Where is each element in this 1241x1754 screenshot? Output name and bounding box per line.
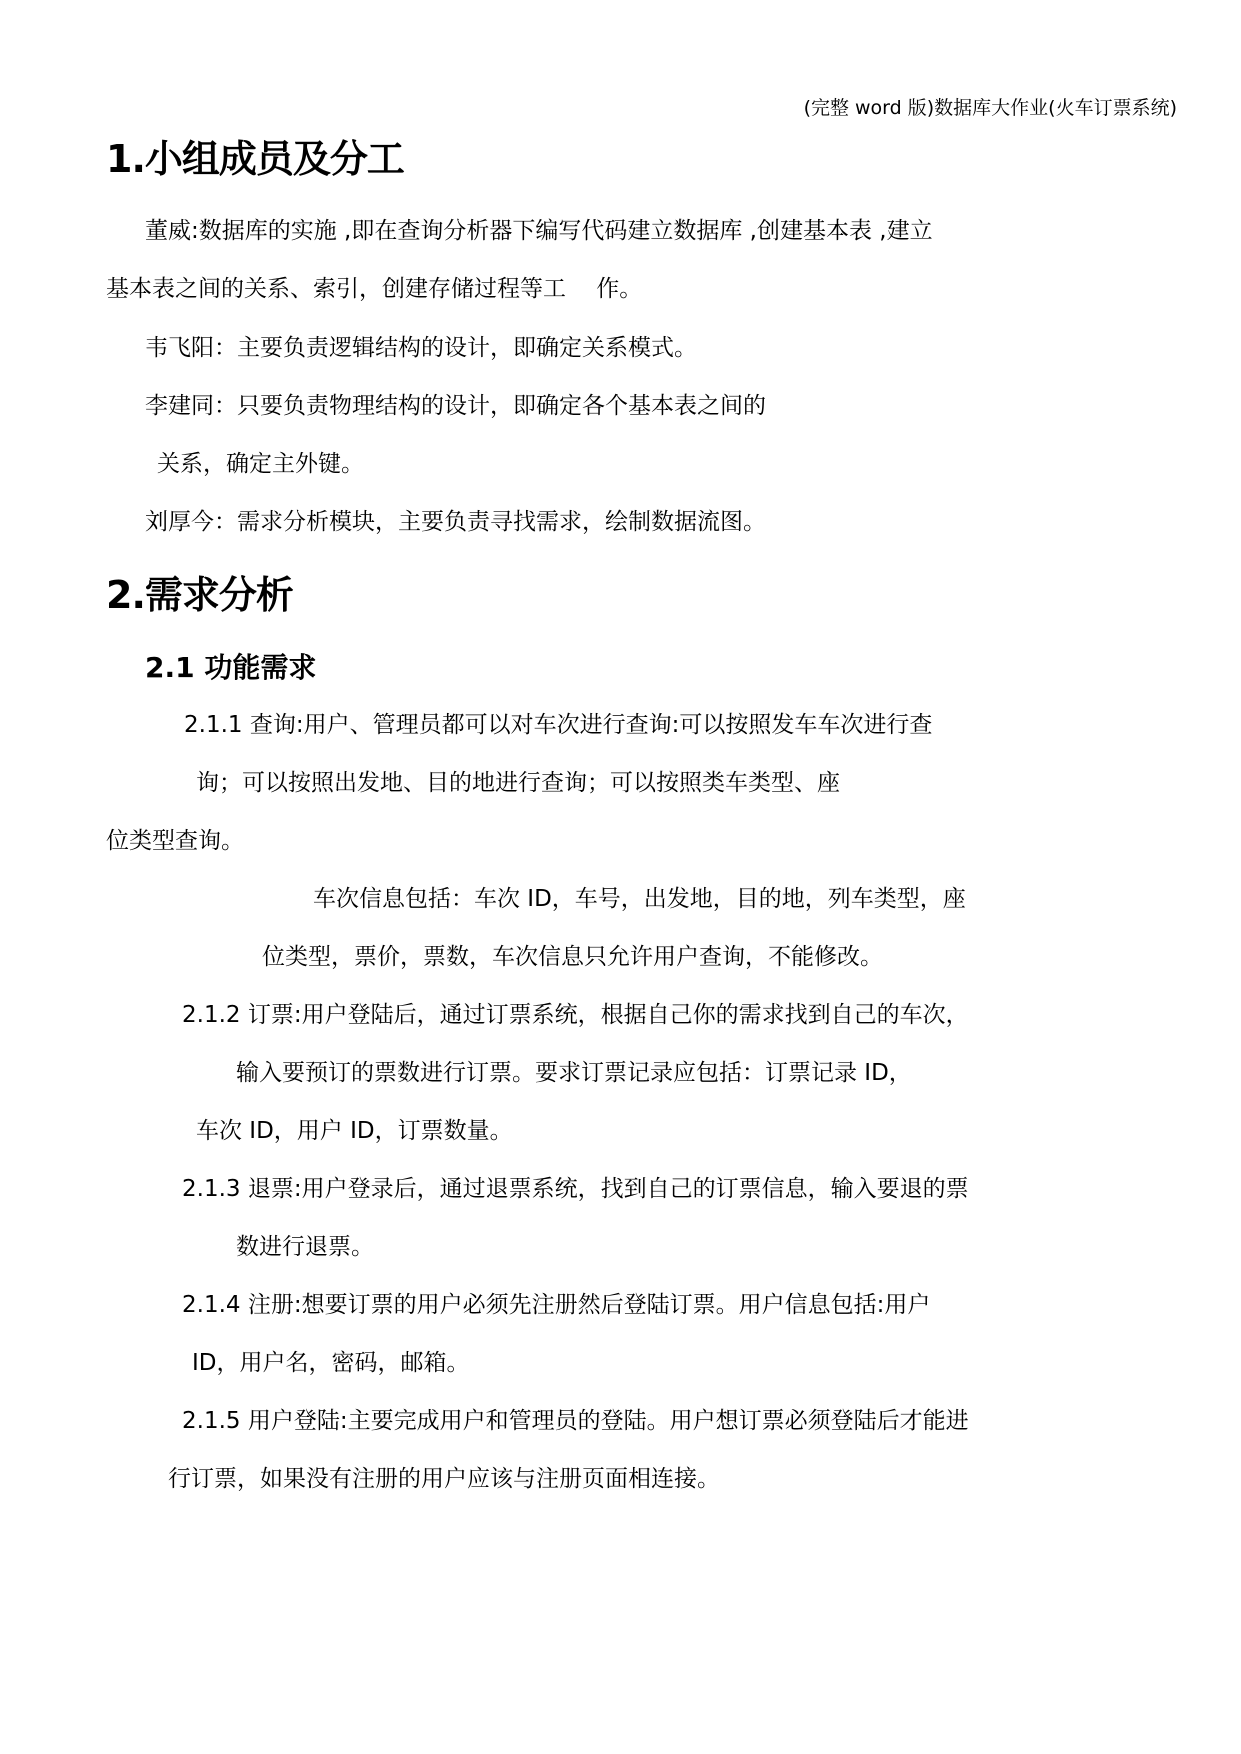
req-2-1-1-line-1: 2.1.1 查询:用户、管理员都可以对车次进行查询:可以按照发车车次进行查 [184,710,932,740]
req-2-1-5-line-2: 行订票，如果没有注册的用户应该与注册页面相连接。 [168,1464,720,1494]
member-weifeiyang: 韦飞阳：主要负责逻辑结构的设计，即确定关系模式。 [145,333,697,363]
member-dongwei-line-2: 基本表之间的关系、索引，创建存储过程等工 作。 [106,274,642,304]
req-2-1-3-line-1: 2.1.3 退票:用户登录后，通过退票系统，找到自己的订票信息，输入要退的票 [182,1174,969,1204]
req-2-1-3-line-2: 数进行退票。 [236,1232,374,1262]
section-1-heading: 1.小组成员及分工 [106,136,404,182]
req-2-1-5-line-1: 2.1.5 用户登陆:主要完成用户和管理员的登陆。用户想订票必须登陆后才能进 [182,1406,969,1436]
req-2-1-2-line-2: 输入要预订的票数进行订票。要求订票记录应包括：订票记录 ID， [236,1058,912,1088]
section-2-heading: 2.需求分析 [106,572,293,618]
subsection-2-1-heading: 2.1 功能需求 [145,650,316,686]
train-info-line-2: 位类型，票价，票数，车次信息只允许用户查询，不能修改。 [262,942,883,972]
req-2-1-4-line-1: 2.1.4 注册:想要订票的用户必须先注册然后登陆订票。用户信息包括:用户 [182,1290,930,1320]
req-2-1-2-line-1: 2.1.2 订票:用户登陆后，通过订票系统，根据自己你的需求找到自己的车次， [182,1000,969,1030]
member-lijiantong-line-2: 关系，确定主外键。 [157,449,364,479]
req-2-1-1-line-3: 位类型查询。 [106,826,244,856]
running-header: (完整 word 版)数据库大作业(火车订票系统) [804,96,1177,120]
member-liuhoujin: 刘厚今：需求分析模块，主要负责寻找需求，绘制数据流图。 [145,507,766,537]
req-2-1-4-line-2: ID，用户名，密码，邮箱。 [192,1348,470,1378]
req-2-1-2-line-3: 车次 ID，用户 ID，订票数量。 [196,1116,513,1146]
train-info-line-1: 车次信息包括：车次 ID，车号，出发地，目的地，列车类型，座 [313,884,966,914]
req-2-1-1-line-2: 询；可以按照出发地、目的地进行查询；可以按照类车类型、座 [196,768,840,798]
member-dongwei-line-1: 董威:数据库的实施 ,即在查询分析器下编写代码建立数据库 ,创建基本表 ,建立 [145,216,933,246]
member-lijiantong-line-1: 李建同：只要负责物理结构的设计，即确定各个基本表之间的 [145,391,766,421]
